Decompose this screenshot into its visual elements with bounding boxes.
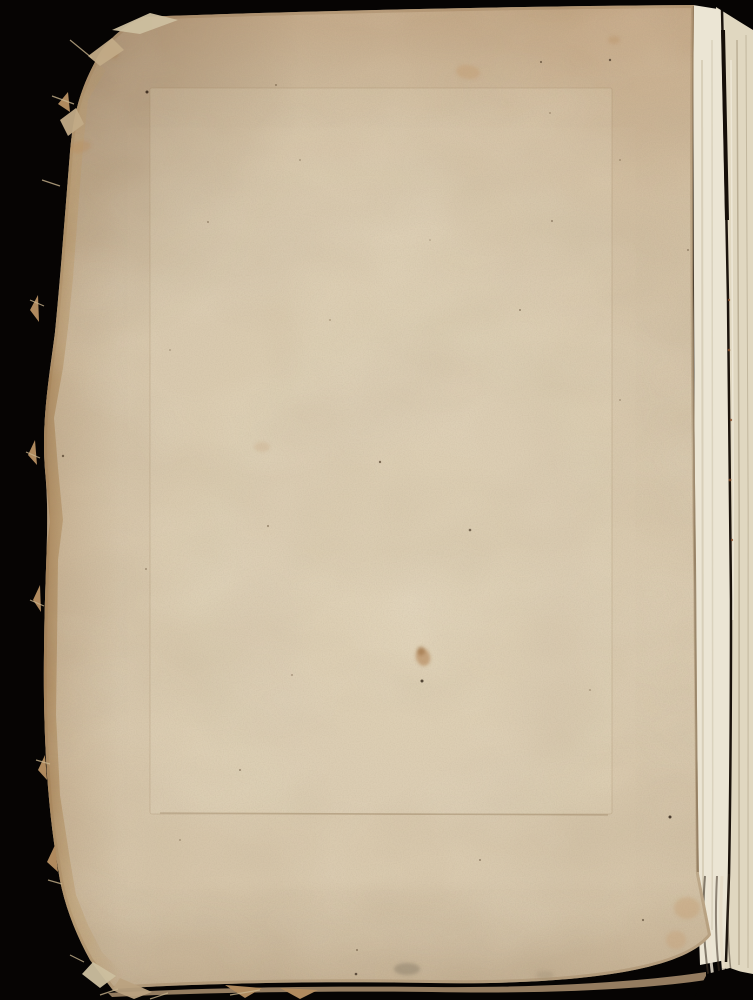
foxing-speck [239, 769, 241, 771]
foxing-speck [329, 319, 331, 321]
foxing-speck [589, 689, 591, 691]
stain [674, 897, 700, 919]
foxing-speck [267, 525, 269, 527]
foxing-speck [275, 84, 277, 86]
stain [394, 963, 420, 975]
photo-frame [0, 0, 753, 1000]
foxing-speck [179, 839, 181, 841]
foxing-speck [421, 680, 424, 683]
foxing-speck [619, 399, 621, 401]
foxing-speck [291, 674, 293, 676]
foxing-speck [146, 91, 149, 94]
stain [254, 442, 270, 452]
page-shading [0, 0, 753, 1000]
foxing-speck [687, 249, 689, 251]
foxing-speck [355, 973, 358, 976]
stain [417, 647, 425, 656]
foxing-speck [145, 568, 147, 570]
foxing-speck [379, 461, 381, 463]
foxing-speck [169, 349, 171, 351]
foxing-speck [62, 455, 64, 457]
foxing-speck [469, 529, 472, 532]
foxing-speck [549, 112, 551, 114]
foxing-speck [642, 919, 644, 921]
foxing-speck [669, 816, 672, 819]
grain-overlay [0, 0, 753, 1000]
foxing-speck [479, 859, 481, 861]
foxing-speck [519, 309, 521, 311]
stain [608, 36, 620, 44]
foxing-speck [207, 221, 209, 223]
foxing-speck [429, 239, 431, 241]
stain [666, 931, 686, 949]
foxing-speck [356, 949, 358, 951]
foxing-speck [609, 59, 611, 61]
stain [536, 971, 554, 979]
foxing-speck [540, 61, 542, 63]
book-photo [0, 0, 753, 1000]
foxing-speck [299, 159, 301, 161]
foxing-speck [619, 159, 621, 161]
foxing-speck [551, 220, 553, 222]
